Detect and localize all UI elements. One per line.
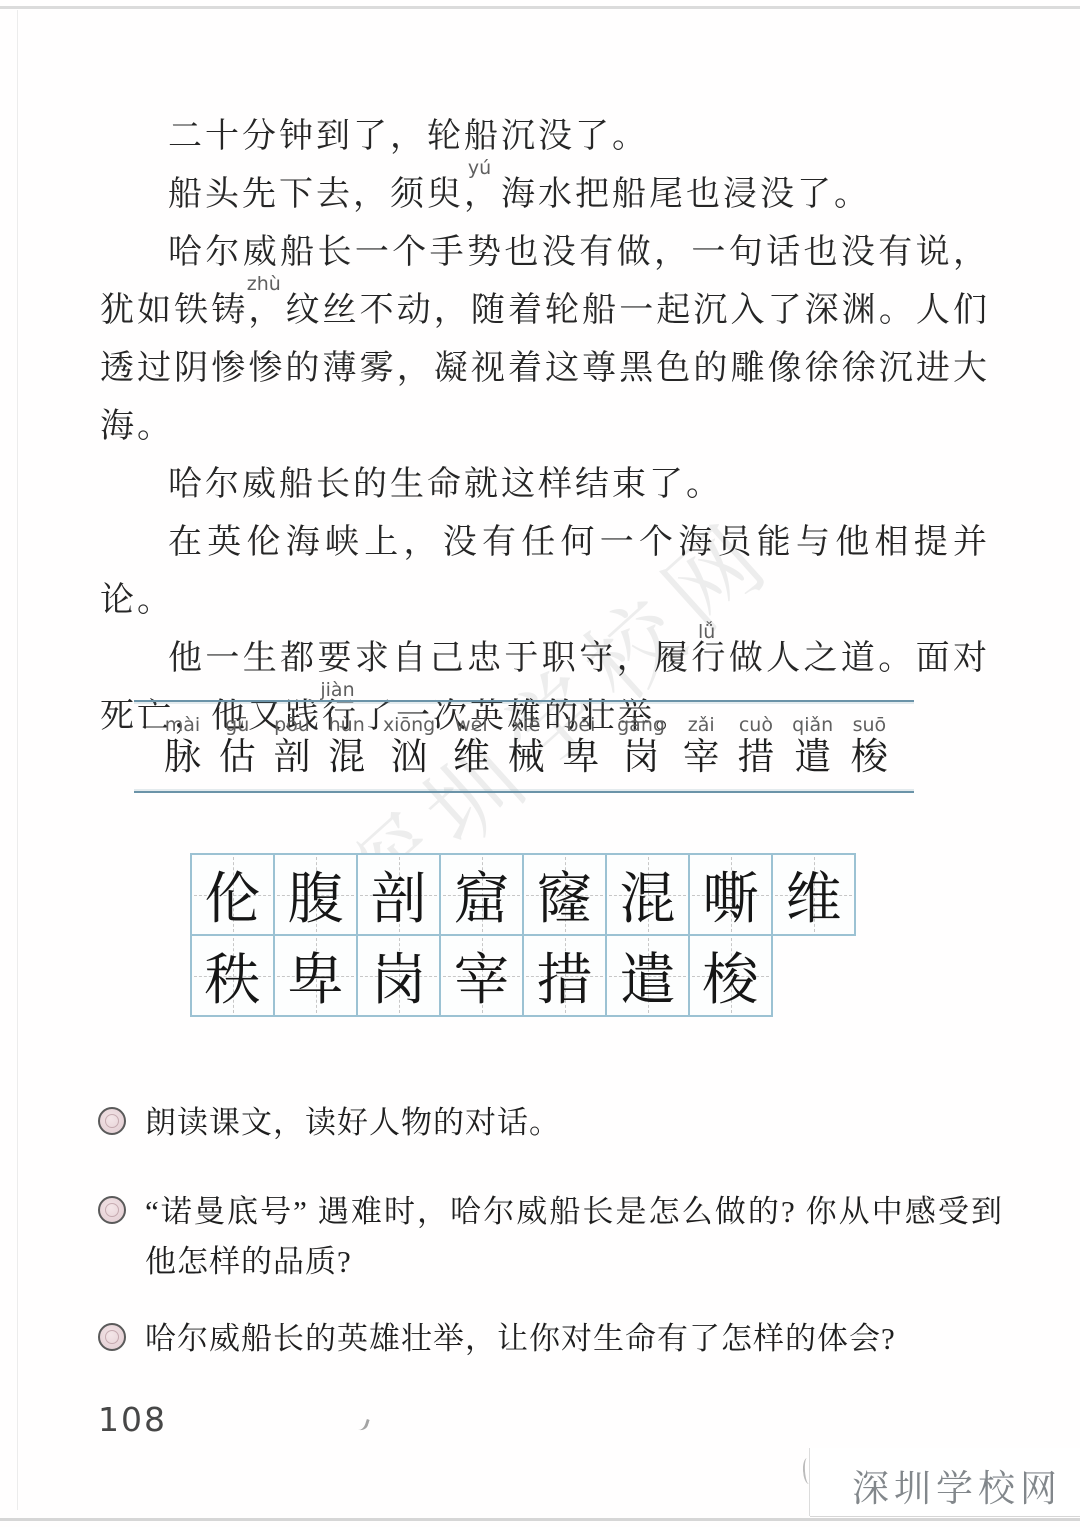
writing-grid-cell: 窿 [522,853,607,936]
practice-character: 措 [537,936,593,1016]
writing-grid-cell: 措 [522,934,607,1017]
writing-grid-cell: 伦 [190,853,275,936]
practice-character: 岗 [371,936,427,1016]
vocab-character: 械 [508,736,545,780]
vocab-character: 遣 [794,736,831,780]
paragraph-4: 哈尔威船长的生命就这样结束了。 [100,456,990,514]
vocab-character: 维 [453,736,490,780]
vocab-character: 混 [328,736,365,780]
vocab-pinyin: gǎng [617,714,665,736]
vocab-pinyin: suō [853,714,887,736]
vocab-item: qiǎn遣 [792,714,833,780]
writing-grid-cell: 混 [605,853,690,936]
paragraph-1: 二十分钟到了，轮船沉没了。 [100,108,990,166]
vocab-character: 卑 [562,736,599,780]
annotated-character: 臾yú [427,176,464,213]
practice-character: 宰 [454,936,510,1016]
vocab-pinyin: zǎi [688,714,715,736]
vocab-character: 梭 [851,736,888,780]
page-number: 108 [98,1400,167,1439]
writing-grid-cell: 维 [771,853,856,936]
exercise-questions: 朗读课文，读好人物的对话。“诺曼底号” 遇难时，哈尔威船长是怎么做的? 你从中感… [98,1098,1003,1403]
vocab-item: hùn混 [328,714,365,780]
practice-character: 秩 [205,936,261,1016]
vocab-item: xiōng汹 [383,714,435,780]
new-characters-strip: mài脉gū估pōu剖hùn混xiōng汹wéi维xiè械bēi卑gǎng岗zǎ… [134,700,914,793]
vocab-pinyin: xiè [512,714,540,736]
scan-artifact [802,1458,814,1485]
writing-grid-cell: 剖 [356,853,441,936]
writing-grid-cell: 窟 [439,853,524,936]
vocab-pinyin: pōu [274,714,310,736]
pinyin-annotation: jiàn [252,681,354,700]
writing-grid-cell: 梭 [688,934,773,1017]
practice-character: 梭 [703,936,759,1016]
practice-character: 腹 [288,855,344,935]
scan-bottom-edge-line [0,1518,1080,1521]
exercise-seal-icon [98,1323,126,1351]
vocab-pinyin: mài [165,714,200,736]
vocab-pinyin: hùn [329,714,365,736]
question-item-1: 朗读课文，读好人物的对话。 [98,1098,1003,1148]
vocab-pinyin: wéi [455,714,488,736]
practice-character: 维 [786,855,842,935]
exercise-seal-icon [98,1196,126,1224]
writing-practice-grid: 伦腹剖窟窿混嘶维 秩卑岗宰措遣梭 [190,853,856,1017]
writing-grid-cell: 嘶 [688,853,773,936]
textbook-page: 深圳学校网 二十分钟到了，轮船沉没了。船头先下去，须臾yú，海水把船尾也浸没了。… [0,0,1080,1527]
vocab-character: 估 [219,736,256,780]
pinyin-annotation: lǚ [630,623,715,642]
practice-character: 伦 [205,855,261,935]
footer-watermark: 深圳学校网 [852,1458,1062,1512]
vocab-pinyin: gū [225,714,249,736]
practice-character: 嘶 [703,855,759,935]
vocab-item: suō梭 [851,714,888,780]
question-text: 朗读课文，读好人物的对话。 [145,1098,561,1148]
paragraph-2: 船头先下去，须臾yú，海水把船尾也浸没了。 [100,166,990,224]
scan-artifact [356,1417,370,1432]
scan-left-edge-line [17,10,18,1510]
practice-character: 窿 [537,855,593,935]
vocab-character: 岗 [623,736,660,780]
question-item-3: 哈尔威船长的英雄壮举，让你对生命有了怎样的体会? [98,1314,1003,1364]
vocab-pinyin: xiōng [383,714,435,736]
vocab-item: wéi维 [453,714,490,780]
question-text: 哈尔威船长的英雄壮举，让你对生命有了怎样的体会? [145,1314,896,1364]
scan-top-edge-line [0,6,1080,9]
paragraph-5: 在英伦海峡上，没有任何一个海员能与他相提并论。 [100,514,990,630]
writing-grid-cell: 遣 [605,934,690,1017]
practice-character: 混 [620,855,676,935]
vocab-item: pōu剖 [273,714,310,780]
question-text: “诺曼底号” 遇难时，哈尔威船长是怎么做的? 你从中感受到他怎样的品质? [145,1187,1003,1287]
vocab-item: bēi卑 [562,714,599,780]
writing-grid-cell: 宰 [439,934,524,1017]
paragraph-3: 哈尔威船长一个手势也没有做，一句话也没有说，犹如铁铸zhù，纹丝不动，随着轮船一… [100,224,990,456]
vocab-item: mài脉 [164,714,201,780]
pinyin-annotation: yú [400,159,491,178]
practice-character: 剖 [371,855,427,935]
practice-character: 窟 [454,855,510,935]
vocab-item: gū估 [219,714,256,780]
pinyin-annotation: zhù [179,275,281,294]
practice-character: 遣 [620,936,676,1016]
annotated-character: 履lǚ [654,640,691,677]
vocab-pinyin: bēi [566,714,595,736]
grid-row-1: 伦腹剖窟窿混嘶维 [190,853,856,936]
vocab-item: gǎng岗 [617,714,665,780]
vocab-character: 汹 [391,736,428,780]
vocab-pinyin: qiǎn [792,714,833,736]
vocab-character: 措 [737,736,774,780]
vocab-item: zǎi宰 [683,714,720,780]
lesson-body-text: 二十分钟到了，轮船沉没了。船头先下去，须臾yú，海水把船尾也浸没了。哈尔威船长一… [100,108,990,746]
vocab-item: xiè械 [508,714,545,780]
annotated-character: 铸zhù [211,292,248,329]
grid-row-2: 秩卑岗宰措遣梭 [190,934,856,1017]
question-item-2: “诺曼底号” 遇难时，哈尔威船长是怎么做的? 你从中感受到他怎样的品质? [98,1187,1003,1287]
writing-grid-cell: 秩 [190,934,275,1017]
vocab-item: cuò措 [737,714,774,780]
writing-grid-cell: 岗 [356,934,441,1017]
practice-character: 卑 [288,936,344,1016]
vocab-pinyin: cuò [739,714,773,736]
writing-grid-cell: 腹 [273,853,358,936]
exercise-seal-icon [98,1107,126,1135]
writing-grid-cell: 卑 [273,934,358,1017]
vocab-character: 剖 [273,736,310,780]
vocab-character: 脉 [164,736,201,780]
vocab-character: 宰 [683,736,720,780]
